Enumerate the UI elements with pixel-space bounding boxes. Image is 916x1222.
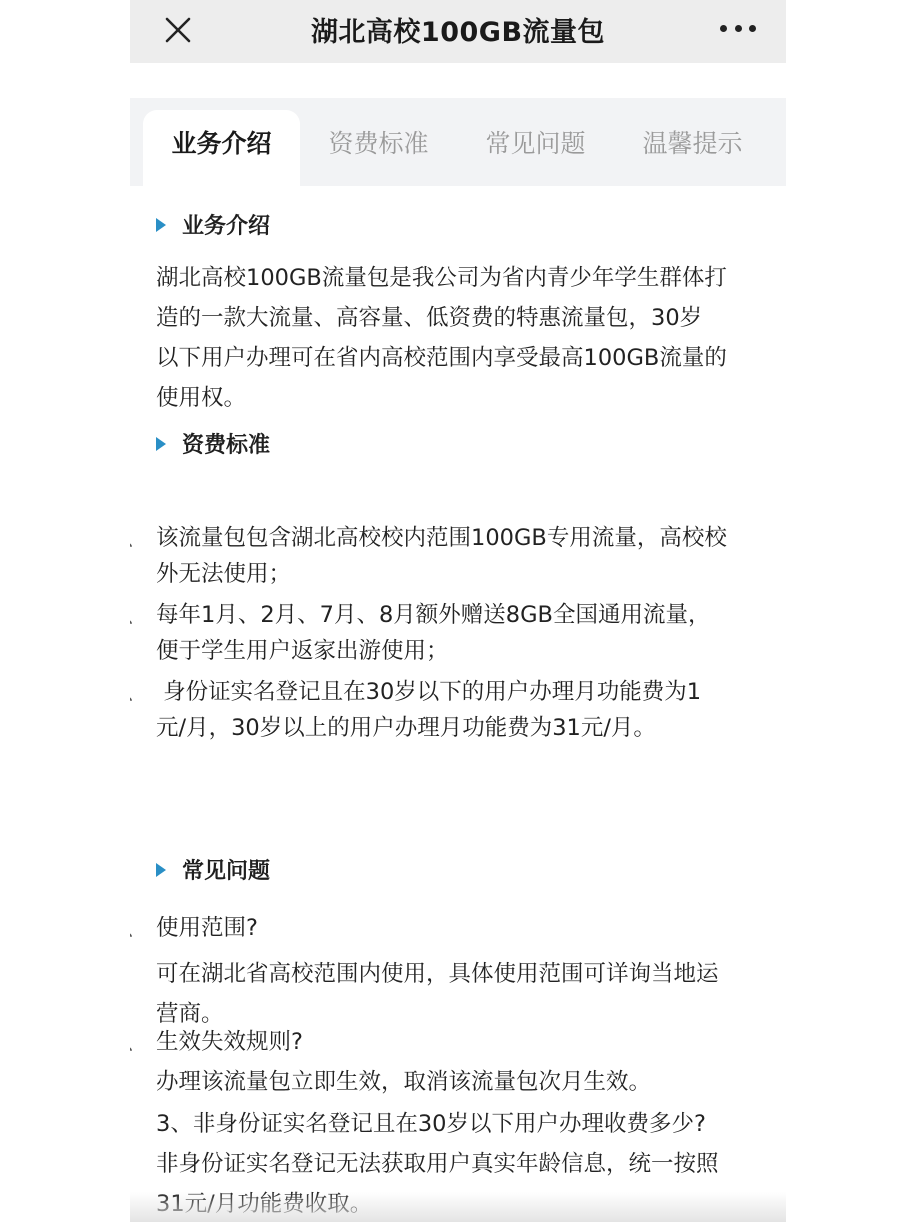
section-heading-text: 资费标准 [182, 428, 270, 459]
section-heading-text: 业务介绍 [182, 209, 270, 240]
more-dots-icon [735, 25, 742, 32]
section-heading-text: 常见问题 [182, 854, 270, 885]
tab-tips[interactable]: 温馨提示 [614, 98, 771, 186]
tab-bar: 业务介绍 资费标准 常见问题 温馨提示 [130, 98, 786, 186]
fee-line: 外无法使用； [156, 556, 766, 592]
intro-line: 造的一款大流量、高容量、低资费的特惠流量包，30岁 [156, 298, 766, 338]
triangle-marker-icon [156, 437, 166, 451]
fee-item: 、 每年1月、2月、7月、8月额外赠送8GB全国通用流量， 便于学生用户返家出游… [156, 597, 766, 669]
more-dots-icon [749, 25, 756, 32]
tab-faq[interactable]: 常见问题 [457, 98, 614, 186]
intro-line: 使用权。 [156, 378, 766, 418]
list-marker: 、 [130, 908, 146, 948]
fee-line: 身份证实名登记且在30岁以下的用户办理月功能费为1 [156, 674, 766, 710]
faq-item: 、 使用范围? 可在湖北省高校范围内使用，具体使用范围可详询当地运 营商。 [156, 908, 766, 1034]
section-heading-faq: 常见问题 [156, 854, 270, 885]
navbar: 湖北高校100GB流量包 [130, 0, 786, 63]
fee-item: 、 身份证实名登记且在30岁以下的用户办理月功能费为1 元/月，30岁以上的用户… [156, 674, 766, 746]
list-marker: 、 [130, 520, 146, 556]
bottom-shadow [130, 1192, 786, 1222]
tab-fee-standard[interactable]: 资费标准 [300, 98, 457, 186]
page-title: 湖北高校100GB流量包 [130, 10, 786, 49]
intro-line: 湖北高校100GB流量包是我公司为省内青少年学生群体打 [156, 258, 766, 298]
fee-line: 元/月，30岁以上的用户办理月功能费为31元/月。 [156, 710, 766, 746]
intro-line: 以下用户办理可在省内高校范围内享受最高100GB流量的 [156, 338, 766, 378]
more-button[interactable] [720, 20, 756, 36]
faq-question: 使用范围? [156, 908, 766, 948]
phone-screen: 湖北高校100GB流量包 业务介绍 资费标准 常见问题 温馨提示 业务介绍 湖北… [130, 0, 786, 1222]
triangle-marker-icon [156, 218, 166, 232]
fee-line: 便于学生用户返家出游使用； [156, 633, 766, 669]
triangle-marker-icon [156, 863, 166, 877]
more-dots-icon [720, 25, 727, 32]
section-heading-intro: 业务介绍 [156, 209, 270, 240]
section-heading-fees: 资费标准 [156, 428, 270, 459]
fee-line: 该流量包包含湖北高校校内范围100GB专用流量，高校校 [156, 520, 766, 556]
faq-question: 生效失效规则? [156, 1022, 766, 1062]
list-marker: 、 [130, 674, 146, 710]
faq-answer: 可在湖北省高校范围内使用，具体使用范围可详询当地运 [156, 954, 766, 994]
intro-paragraph: 湖北高校100GB流量包是我公司为省内青少年学生群体打 造的一款大流量、高容量、… [156, 258, 766, 418]
faq-answer: 办理该流量包立即生效，取消该流量包次月生效。 [156, 1062, 766, 1102]
faq-item: 、 生效失效规则? 办理该流量包立即生效，取消该流量包次月生效。 [156, 1022, 766, 1102]
fee-line: 每年1月、2月、7月、8月额外赠送8GB全国通用流量， [156, 597, 766, 633]
list-marker: 、 [130, 1022, 146, 1062]
tab-business-intro[interactable]: 业务介绍 [143, 110, 300, 186]
faq-question: 3、非身份证实名登记且在30岁以下用户办理收费多少? [156, 1104, 766, 1144]
faq-answer: 非身份证实名登记无法获取用户真实年龄信息，统一按照 [156, 1144, 766, 1184]
list-marker: 、 [130, 597, 146, 633]
fee-item: 、 该流量包包含湖北高校校内范围100GB专用流量，高校校 外无法使用； [156, 520, 766, 592]
